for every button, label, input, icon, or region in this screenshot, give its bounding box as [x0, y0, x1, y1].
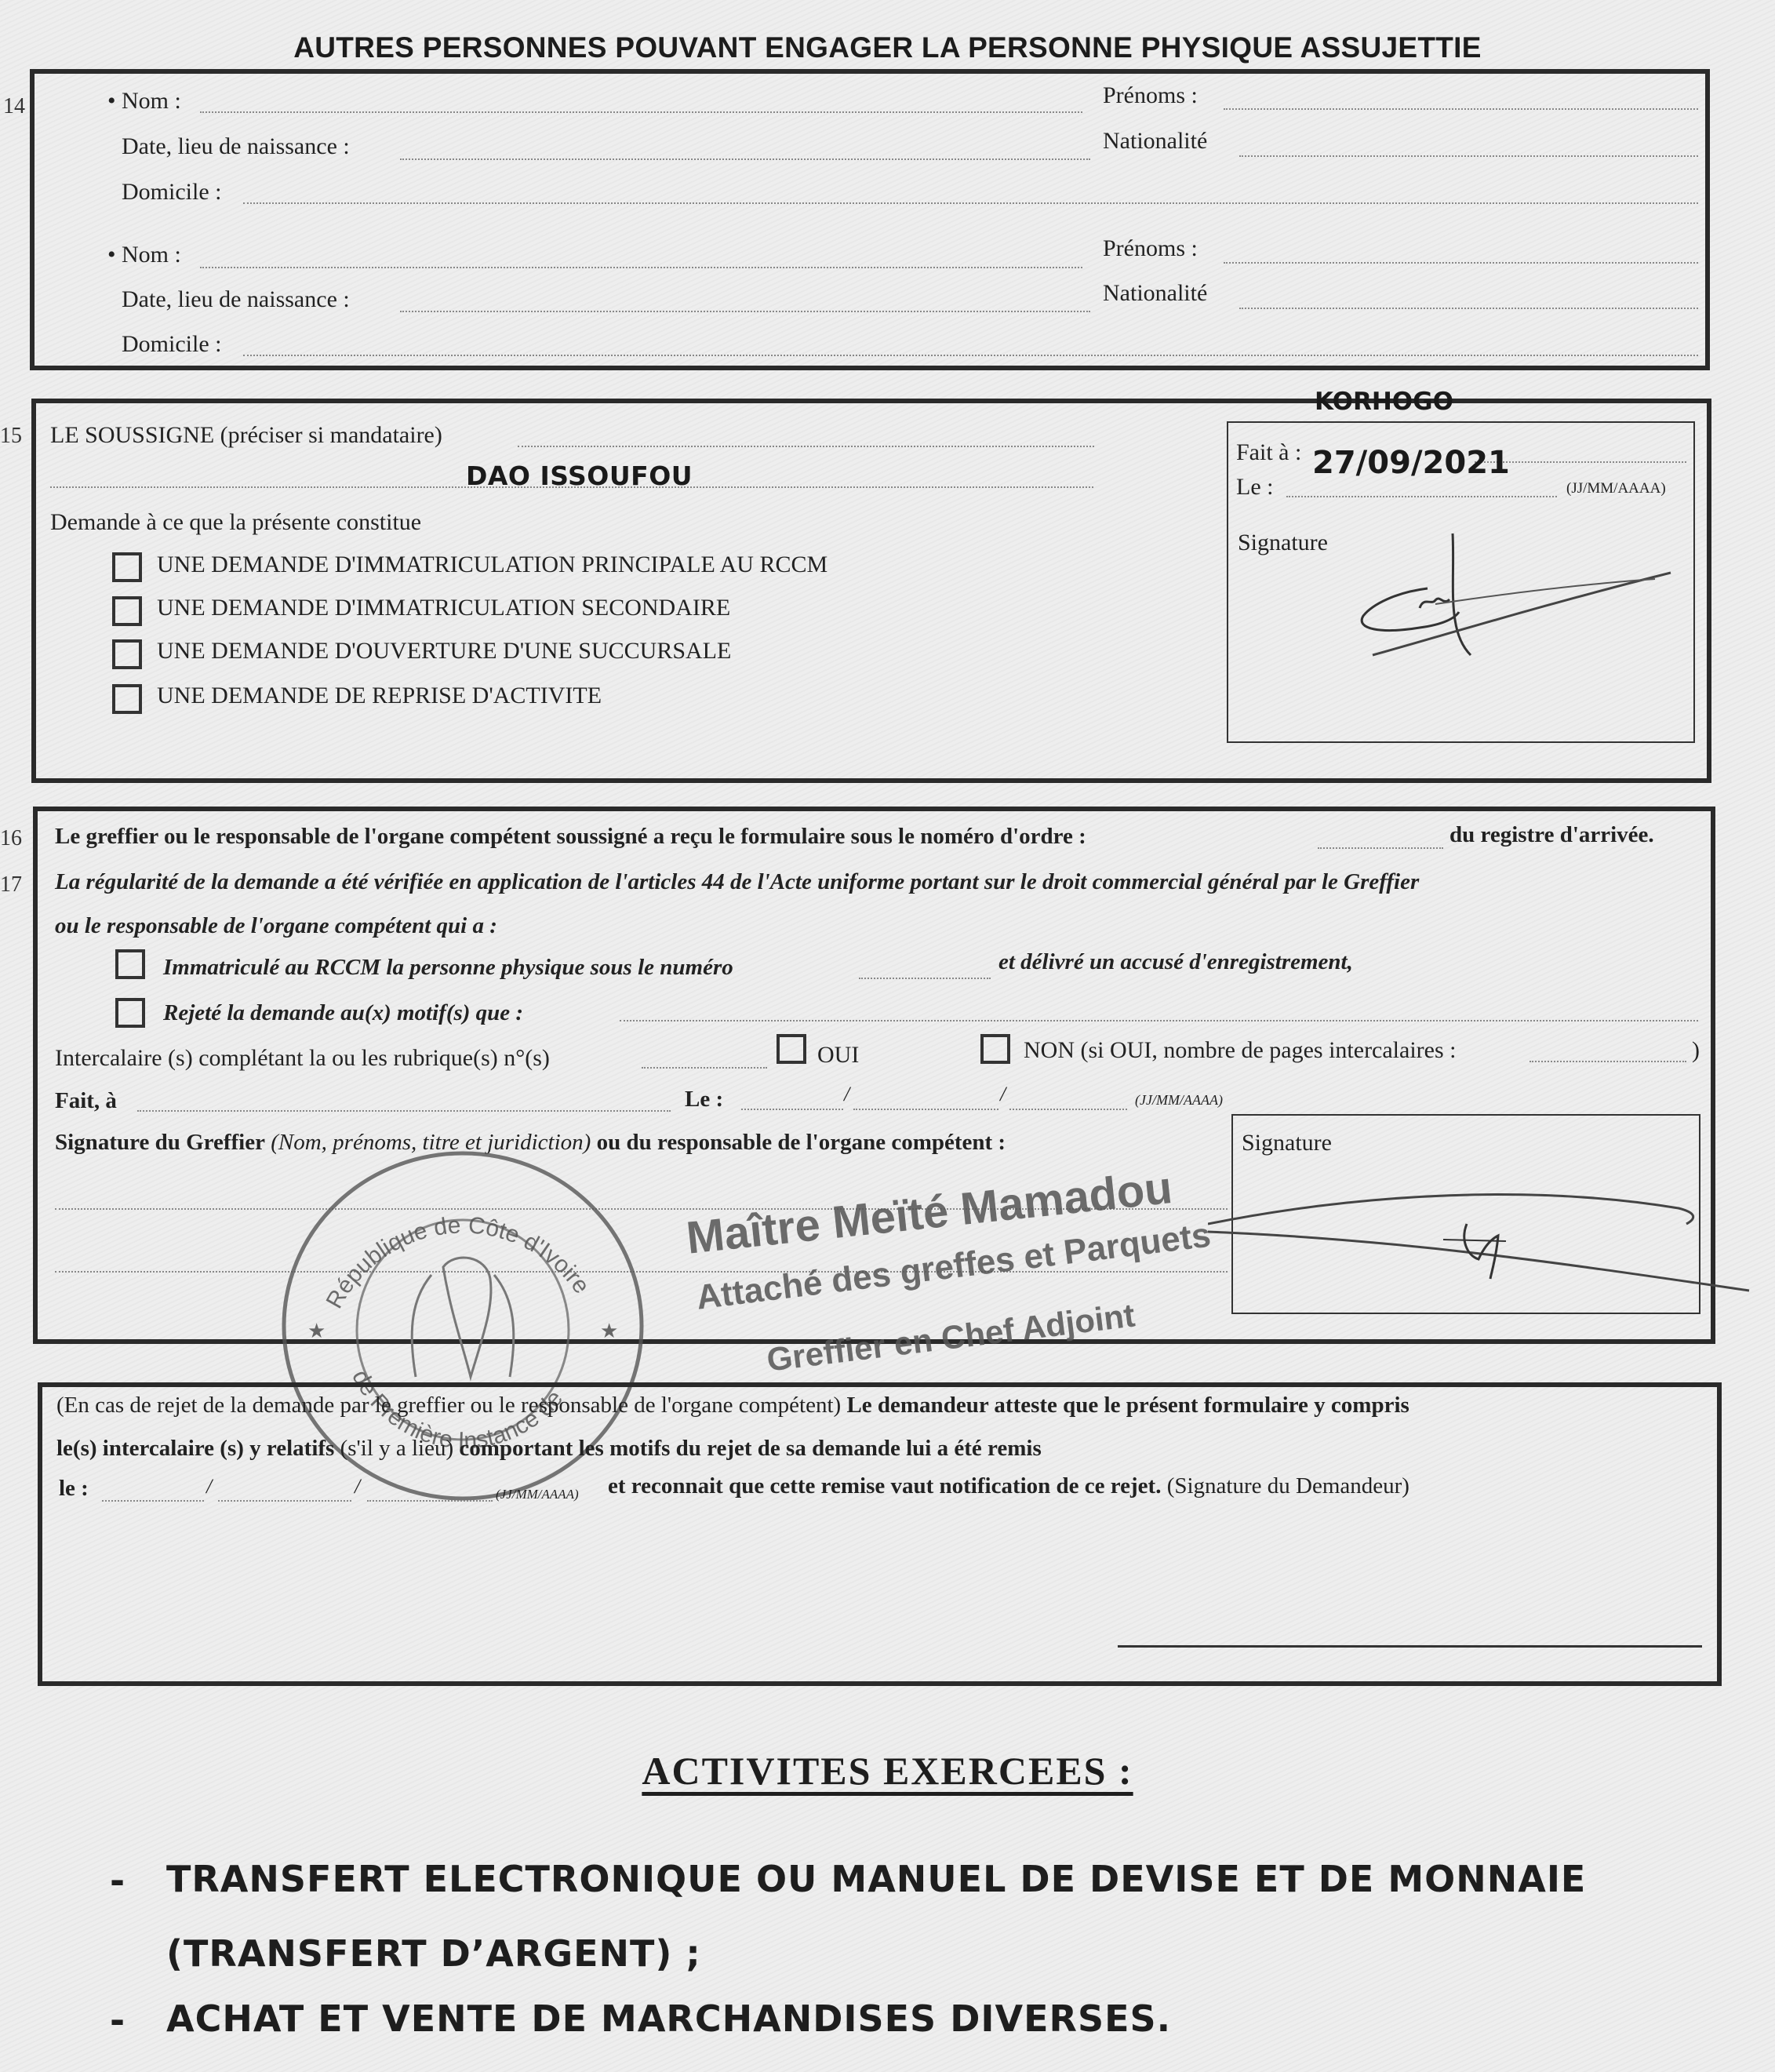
nationalite-label-2: Nationalité — [1103, 280, 1207, 307]
soussigne-value: DAO ISSOUFOU — [466, 461, 693, 491]
rejet-line-2: le(s) intercalaire (s) y relatifs (s'il … — [56, 1436, 1042, 1462]
fait-a-label: Fait à : — [1236, 439, 1301, 466]
rejet-line-1: (En cas de rejet de la demande par le gr… — [56, 1393, 1409, 1418]
signature-greffier-label: Signature du Greffier — [55, 1130, 265, 1155]
fait-label: Fait, à — [55, 1088, 117, 1114]
rejet-box — [38, 1382, 1722, 1686]
checkbox-immatriculation-secondaire[interactable] — [112, 596, 142, 626]
rejet-text-bold: Le demandeur atteste que le présent form… — [846, 1393, 1409, 1418]
checkbox-immatriculation-principale[interactable] — [112, 552, 142, 582]
rejet-le-label: le : — [59, 1476, 89, 1502]
soussigne-line-1 — [518, 446, 1094, 447]
section-number-17: 17 — [0, 872, 22, 898]
signature-label: Signature — [1238, 530, 1328, 556]
rejet-date-format: (JJ/MM/AAAA) — [496, 1487, 579, 1502]
nom-label-1: • Nom : — [107, 88, 181, 115]
section-number-15: 15 — [0, 424, 22, 449]
checkbox-immatricule[interactable] — [115, 949, 145, 979]
activity-bullet-1: - — [110, 1859, 125, 1902]
pages-intercalaires-field[interactable] — [1529, 1061, 1686, 1062]
prenoms-label-1: Prénoms : — [1103, 82, 1198, 109]
regularite-text-2: ou le responsable de l'organe compétent … — [55, 913, 497, 939]
option-immatriculation-secondaire: UNE DEMANDE D'IMMATRICULATION SECONDAIRE — [157, 595, 730, 621]
activity-1-line1: TRANSFERT ELECTRONIQUE OU MANUEL DE DEVI… — [166, 1858, 1586, 1900]
signature-greffier-rest: ou du responsable de l'organe compétent … — [597, 1130, 1006, 1155]
activity-1-line2: (TRANSFERT D’ARGENT) ; — [166, 1932, 701, 1975]
intercalaire-rubrique-field[interactable] — [642, 1067, 767, 1069]
nationalite-label-1: Nationalité — [1103, 128, 1207, 155]
section-number-16: 16 — [0, 826, 22, 851]
date-format-hint-greffier: (JJ/MM/AAAA) — [1135, 1092, 1223, 1109]
checkbox-reprise-activite[interactable] — [112, 684, 142, 714]
domicile-label-2: Domicile : — [122, 331, 221, 358]
domicile-field-1[interactable] — [243, 202, 1698, 204]
le-label: Le : — [1236, 474, 1273, 501]
nationalite-field-1[interactable] — [1239, 155, 1698, 157]
naissance-label-1: Date, lieu de naissance : — [122, 133, 350, 160]
prenoms-label-2: Prénoms : — [1103, 235, 1198, 262]
date-value: 27/09/2021 — [1312, 445, 1510, 481]
rejete-label: Rejeté la demande au(x) motif(s) que : — [163, 1000, 523, 1026]
svg-text:★: ★ — [600, 1320, 618, 1342]
soussigne-label: LE SOUSSIGNE (préciser si mandataire) — [50, 422, 442, 449]
numero-ordre-field[interactable] — [1318, 847, 1443, 849]
domicile-field-2[interactable] — [243, 355, 1698, 356]
registre-arrivee-text: du registre d'arrivée. — [1449, 822, 1654, 848]
rejet-month-field[interactable] — [218, 1500, 351, 1502]
activites-title: ACTIVITES EXERCEES : — [0, 1748, 1775, 1793]
section-title: AUTRES PERSONNES POUVANT ENGAGER LA PERS… — [0, 31, 1775, 64]
svg-text:★: ★ — [307, 1320, 326, 1342]
regularite-text-1: La régularité de la demande a été vérifi… — [55, 869, 1419, 895]
immatricule-label: Immatriculé au RCCM la personne physique… — [163, 955, 733, 981]
rejet-day-field[interactable] — [102, 1500, 204, 1502]
activity-2-line1: ACHAT ET VENTE DE MARCHANDISES DIVERSES. — [166, 1997, 1171, 2040]
option-ouverture-succursale: UNE DEMANDE D'OUVERTURE D'UNE SUCCURSALE — [157, 638, 731, 665]
applicant-signature-icon — [1326, 518, 1686, 675]
nom-label-2: • Nom : — [107, 242, 181, 268]
section-number-14: 14 — [3, 94, 25, 119]
signature-demandeur-label: (Signature du Demandeur) — [1167, 1473, 1409, 1498]
activity-bullet-2: - — [110, 1999, 125, 2041]
fait-field[interactable] — [137, 1110, 671, 1112]
le-label-greffier: Le : — [685, 1087, 723, 1112]
non-close: ) — [1692, 1037, 1700, 1064]
naissance-label-2: Date, lieu de naissance : — [122, 286, 350, 313]
greffier-recu-text: Le greffier ou le responsable de l'organ… — [55, 824, 1086, 850]
greffier-signature-label: Signature — [1242, 1130, 1332, 1156]
prenoms-field-1[interactable] — [1224, 108, 1698, 110]
prenoms-field-2[interactable] — [1224, 262, 1698, 264]
fait-a-value: KORHOGO — [1315, 388, 1453, 416]
checkbox-rejete[interactable] — [115, 998, 145, 1028]
option-reprise-activite: UNE DEMANDE DE REPRISE D'ACTIVITE — [157, 683, 602, 709]
section-14-box — [30, 69, 1710, 370]
year-field[interactable] — [1009, 1109, 1127, 1110]
demande-label: Demande à ce que la présente constitue — [50, 509, 421, 536]
date-field[interactable] — [1286, 496, 1557, 497]
option-immatriculation-principale: UNE DEMANDE D'IMMATRICULATION PRINCIPALE… — [157, 552, 827, 578]
nom-field-1[interactable] — [200, 111, 1082, 113]
immatricule-after: et délivré un accusé d'enregistrement, — [998, 949, 1353, 975]
checkbox-ouverture-succursale[interactable] — [112, 639, 142, 669]
month-field[interactable] — [853, 1109, 998, 1110]
naissance-field-2[interactable] — [400, 311, 1090, 312]
checkbox-non[interactable] — [980, 1034, 1010, 1064]
demandeur-signature-line[interactable] — [1118, 1645, 1702, 1648]
rejete-motif-field[interactable] — [620, 1020, 1698, 1021]
oui-label: OUI — [817, 1042, 859, 1069]
checkbox-oui[interactable] — [777, 1034, 806, 1064]
nom-field-2[interactable] — [200, 267, 1082, 268]
non-label: NON (si OUI, nombre de pages intercalair… — [1024, 1037, 1456, 1064]
greffier-signature-icon — [1208, 1161, 1773, 1302]
rejet-text-normal: (En cas de rejet de la demande par le gr… — [56, 1393, 841, 1418]
naissance-field-1[interactable] — [400, 158, 1090, 160]
date-format-hint: (JJ/MM/AAAA) — [1566, 480, 1666, 497]
domicile-label-1: Domicile : — [122, 179, 221, 206]
day-field[interactable] — [741, 1109, 843, 1110]
nationalite-field-2[interactable] — [1239, 308, 1698, 309]
intercalaire-label: Intercalaire (s) complétant la ou les ru… — [55, 1045, 550, 1072]
rejet-year-field[interactable] — [367, 1500, 493, 1502]
rejet-reconnait-line: et reconnait que cette remise vaut notif… — [608, 1473, 1409, 1499]
immatricule-numero-field[interactable] — [859, 978, 991, 979]
